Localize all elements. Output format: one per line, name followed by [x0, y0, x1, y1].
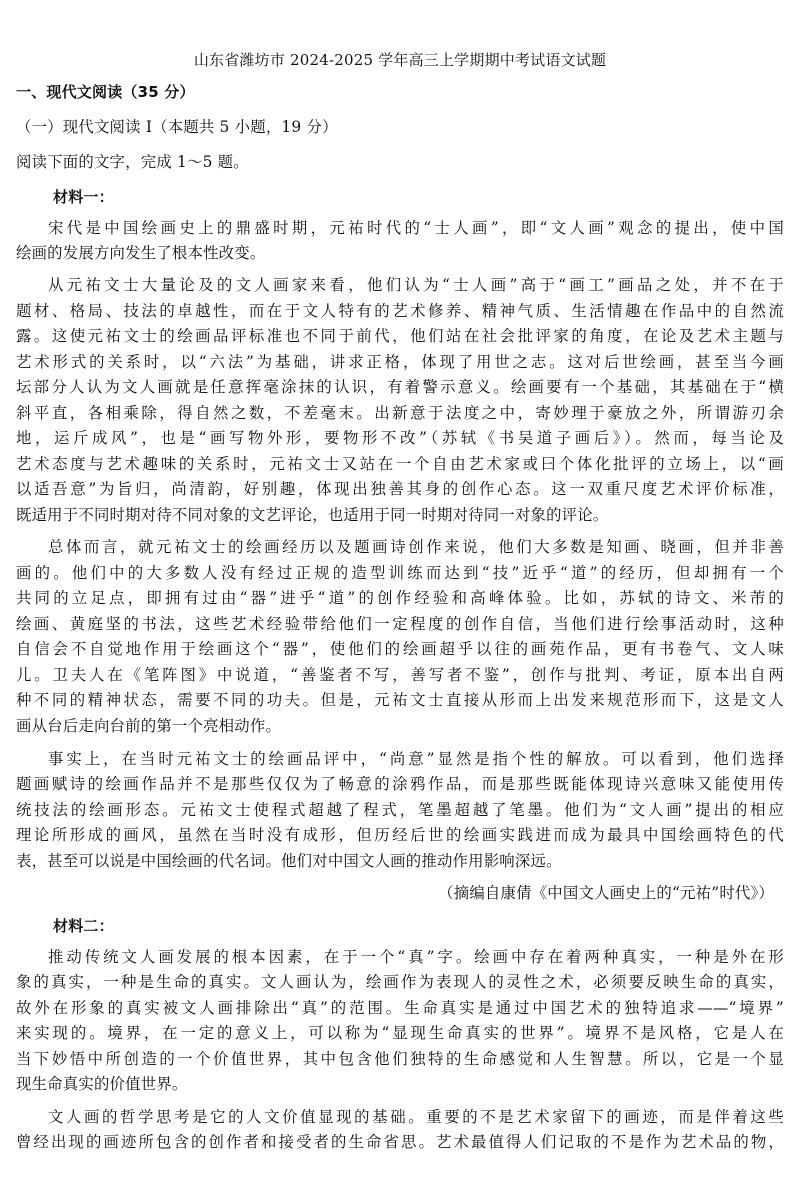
text-line: 绘画、黄庭坚的书法，这些艺术经验带给他们一定程度的创作自信，当他们进行绘事活动时… [16, 614, 784, 634]
material-one-label: 材料一： [53, 187, 800, 207]
text-line: 故外在形象的真实被文人画排除出“真”的范围。生命真实是通过中国艺术的独特追求——… [16, 998, 784, 1018]
text-line: 从元祐文士大量论及的文人画家来看，他们认为“士人画”高于“画工”画品之处，并不在… [48, 275, 784, 295]
document-title: 山东省潍坊市 2024-2025 学年高三上学期期中考试语文试题 [0, 50, 800, 70]
material-two-label: 材料二： [53, 916, 800, 936]
text-line: 表，甚至可以说是中国绘画的代名词。他们对中国文人画的推动作用影响深远。 [16, 851, 784, 871]
text-line: 坛部分人认为文人画就是任意挥毫涂抹的认识，有着警示意义。绘画要有一个基础，其基础… [16, 377, 784, 397]
text-line: 艺术态度与艺术趣味的关系时，元祐文士又站在一个自由艺术家或曰个体化批评的立场上，… [16, 454, 784, 474]
text-line: 地，运斤成风”，也是“画写物外形，要物形不改”（苏轼《书吴道子画后》）。然而，每… [16, 428, 784, 448]
text-line: 儿。卫夫人在《笔阵图》中说道，“善鉴者不写，善写者不鉴”，创作与批判、考证，原本… [16, 665, 784, 685]
instruction: 阅读下面的文字，完成 1～5 题。 [16, 152, 784, 172]
source-citation: （摘编自康倩《中国文人画史上的“元祐”时代》） [438, 883, 774, 903]
text-line: 现生命真实的价值世界。 [16, 1074, 784, 1094]
text-line: 既适用于不同时期对待不同对象的文艺评论，也适用于同一时期对待同一对象的评论。 [16, 505, 784, 525]
text-line: 以适吾意”为旨归，尚清韵，好别趣，体现出独善其身的创作心态。这一双重尺度艺术评价… [16, 479, 784, 499]
section-heading: 一、现代文阅读（35 分） [16, 82, 784, 102]
text-line: 总体而言，就元祐文士的绘画经历以及题画诗创作来说，他们大多数是知画、晓画，但并非… [48, 537, 784, 557]
subsection-heading: （一）现代文阅读 I（本题共 5 小题，19 分） [16, 117, 784, 137]
text-line: 画的。他们中的大多数人没有经过正规的造型训练而达到“技”近乎“道”的经历，但却拥… [16, 563, 784, 583]
text-line: 文人画的哲学思考是它的人文价值显现的基础。重要的不是艺术家留下的画迹，而是伴着这… [48, 1107, 784, 1127]
text-line: 绘画的发展方向发生了根本性改变。 [16, 243, 784, 263]
text-line: 来实现的。境界，在一定的意义上，可以称为“显现生命真实的世界”。境界不是风格，它… [16, 1023, 784, 1043]
text-line: 斜平直，各相乘除，得自然之数，不差毫末。出新意于法度之中，寄妙理于豪放之外，所谓… [16, 403, 784, 423]
text-line: 共同的立足点，即拥有过由“器”进乎“道”的创作经验和高峰体验。比如，苏轼的诗文、… [16, 588, 784, 608]
text-line: 露。这使元祐文士的绘画品评标准也不同于前代，他们站在社会批评家的角度，在论及艺术… [16, 326, 784, 346]
text-line: 自信会不自觉地作用于绘画这个“器”，使他们的绘画超乎以往的画苑作品，更有书卷气、… [16, 639, 784, 659]
text-line: 艺术形式的关系时，以“六法”为基础，讲求正格，体现了用世之志。这对后世绘画，甚至… [16, 352, 784, 372]
text-line: 宋代是中国绘画史上的鼎盛时期，元祐时代的“士人画”，即“文人画”观念的提出，使中… [48, 218, 784, 238]
text-line: 曾经出现的画迹所包含的创作者和接受者的生命省思。艺术最值得人们记取的不是作为艺术… [16, 1132, 784, 1152]
text-line: 推动传统文人画发展的根本因素，在于一个“真”字。绘画中存在着两种真实，一种是外在… [48, 947, 784, 967]
text-line: 题画赋诗的绘画作品并不是那些仅仅为了畅意的涂鸦作品，而是那些既能体现诗兴意味又能… [16, 774, 784, 794]
text-line: 事实上，在当时元祐文士的绘画品评中，“尚意”显然是指个性的解放。可以看到，他们选… [48, 749, 784, 769]
text-line: 理论所形成的画风，虽然在当时没有成形，但历经后世的绘画实践进而成为最具中国绘画特… [16, 825, 784, 845]
text-line: 种不同的精神状态，需要不同的功夫。但是，元祐文士直接从形而上出发来规范形而下，这… [16, 690, 784, 710]
text-line: 题材、格局、技法的卓越性，而在于文人特有的艺术修养、精神气质、生活情趣在作品中的… [16, 301, 784, 321]
text-line: 画从台后走向台前的第一个亮相动作。 [16, 716, 784, 736]
text-line: 象的真实，一种是生命的真实。文人画认为，绘画作为表现人的灵性之术，必须要反映生命… [16, 972, 784, 992]
exam-page: 山东省潍坊市 2024-2025 学年高三上学期期中考试语文试题 一、现代文阅读… [0, 0, 800, 1177]
text-line: 统技法的绘画形态。元祐文士使程式超越了程式，笔墨超越了笔墨。他们为“文人画”提出… [16, 800, 784, 820]
text-line: 当下妙悟中所创造的一个价值世界，其中包含他们独特的生命感觉和人生智慧。所以，它是… [16, 1049, 784, 1069]
